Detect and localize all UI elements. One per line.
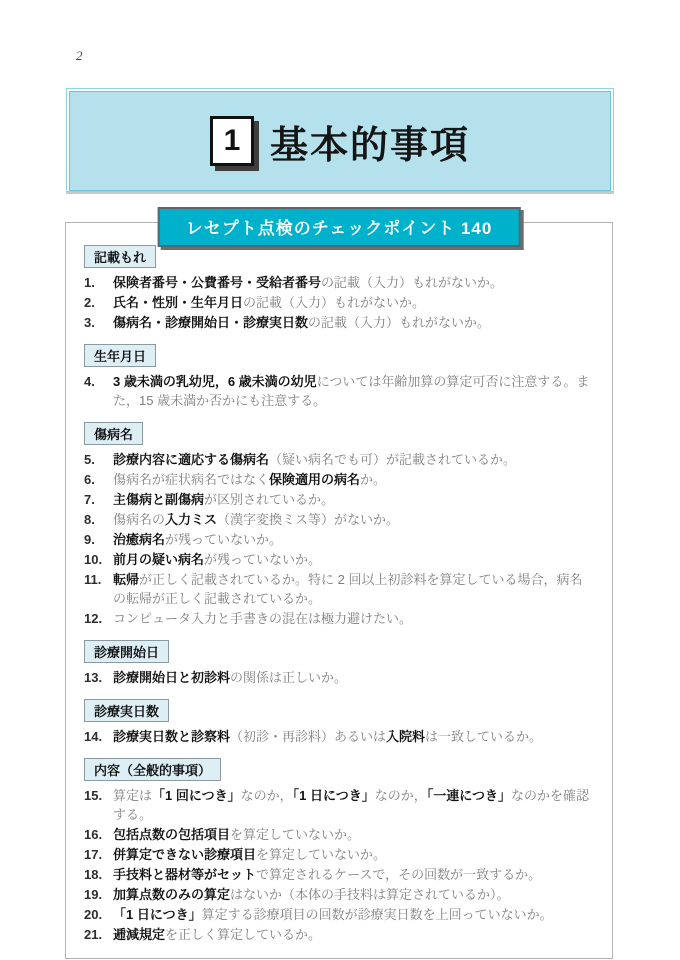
item-text: 併算定できない診療項目を算定していないか。	[113, 845, 594, 864]
item-number: 2.	[84, 293, 113, 312]
item-text: 包括点数の包括項目を算定していないか。	[113, 825, 594, 844]
item-number: 11.	[84, 570, 113, 608]
checklist-item: 1.保険者番号・公費番号・受給者番号の記載（入力）もれがないか。	[84, 273, 594, 292]
item-number: 19.	[84, 885, 113, 904]
checklist-section: 診療実日数14.診療実日数と診察料（初診・再診料）あるいは入院料は一致しているか…	[84, 699, 594, 746]
item-number: 5.	[84, 450, 113, 469]
item-number: 3.	[84, 313, 113, 332]
item-number: 10.	[84, 550, 113, 569]
item-number: 15.	[84, 786, 113, 824]
section-label: 記載もれ	[84, 245, 156, 268]
item-text: 主傷病と副傷病が区別されているか。	[113, 490, 594, 509]
item-number: 7.	[84, 490, 113, 509]
checklist-item: 20.「1 日につき」算定する診療項目の回数が診療実日数を上回っていないか。	[84, 905, 594, 924]
section-label: 傷病名	[84, 422, 143, 445]
section-label: 生年月日	[84, 344, 156, 367]
checklist-item: 13.診療開始日と初診料の関係は正しいか。	[84, 668, 594, 687]
item-text: 傷病名・診療開始日・診療実日数の記載（入力）もれがないか。	[113, 313, 594, 332]
page-number: 2	[76, 48, 83, 64]
checklist-item: 5.診療内容に適応する傷病名（疑い病名でも可）が記載されているか。	[84, 450, 594, 469]
section-label: 内容（全般的事項）	[84, 758, 221, 781]
checklist-item: 14.診療実日数と診察料（初診・再診料）あるいは入院料は一致しているか。	[84, 727, 594, 746]
item-number: 9.	[84, 530, 113, 549]
checklist-item: 18.手技料と器材等がセットで算定されるケースで，その回数が一致するか。	[84, 865, 594, 884]
item-number: 13.	[84, 668, 113, 687]
chapter-title: 基本的事項	[270, 114, 470, 169]
checklist-section: 内容（全般的事項）15.算定は「1 回につき」なのか，「1 日につき」なのか，「…	[84, 758, 594, 944]
item-text: 氏名・性別・生年月日の記載（入力）もれがないか。	[113, 293, 594, 312]
item-text: 逓減規定を正しく算定しているか。	[113, 925, 594, 944]
item-number: 20.	[84, 905, 113, 924]
section-label: 診療実日数	[84, 699, 169, 722]
item-text: 保険者番号・公費番号・受給者番号の記載（入力）もれがないか。	[113, 273, 594, 292]
item-number: 12.	[84, 609, 113, 628]
checklist-item: 19.加算点数のみの算定はないか（本体の手技料は算定されているか）。	[84, 885, 594, 904]
item-number: 14.	[84, 727, 113, 746]
checklist-section: 記載もれ1.保険者番号・公費番号・受給者番号の記載（入力）もれがないか。2.氏名…	[84, 245, 594, 332]
item-text: 算定は「1 回につき」なのか，「1 日につき」なのか，「一連につき」なのかを確認…	[113, 786, 594, 824]
item-text: 診療開始日と初診料の関係は正しいか。	[113, 668, 594, 687]
sections: 記載もれ1.保険者番号・公費番号・受給者番号の記載（入力）もれがないか。2.氏名…	[84, 245, 594, 944]
checklist-item: 10.前月の疑い病名が残っていないか。	[84, 550, 594, 569]
item-text: 手技料と器材等がセットで算定されるケースで，その回数が一致するか。	[113, 865, 594, 884]
checklist-section: 診療開始日13.診療開始日と初診料の関係は正しいか。	[84, 640, 594, 687]
item-text: 傷病名の入力ミス（漢字変換ミス等）がないか。	[113, 510, 594, 529]
checklist-item: 15.算定は「1 回につき」なのか，「1 日につき」なのか，「一連につき」なのか…	[84, 786, 594, 824]
item-number: 6.	[84, 470, 113, 489]
checklist-section: 傷病名5.診療内容に適応する傷病名（疑い病名でも可）が記載されているか。6.傷病…	[84, 422, 594, 628]
chapter-banner: 1 基本的事項	[66, 88, 614, 192]
checklist-item: 6.傷病名が症状病名ではなく保険適用の病名か。	[84, 470, 594, 489]
item-number: 18.	[84, 865, 113, 884]
checklist-item: 11.転帰が正しく記載されているか。特に 2 回以上初診料を算定している場合，病…	[84, 570, 594, 608]
item-text: 3 歳未満の乳幼児，6 歳未満の幼児については年齢加算の算定可否に注意する。また…	[113, 372, 594, 410]
checklist-item: 16.包括点数の包括項目を算定していないか。	[84, 825, 594, 844]
checklist-item: 9.治癒病名が残っていないか。	[84, 530, 594, 549]
item-number: 17.	[84, 845, 113, 864]
chapter-banner-inner: 1 基本的事項	[69, 91, 611, 191]
item-number: 1.	[84, 273, 113, 292]
item-text: 治癒病名が残っていないか。	[113, 530, 594, 549]
checklist-item: 12.コンピュータ入力と手書きの混在は極力避けたい。	[84, 609, 594, 628]
item-text: 「1 日につき」算定する診療項目の回数が診療実日数を上回っていないか。	[113, 905, 594, 924]
item-text: 診療実日数と診察料（初診・再診料）あるいは入院料は一致しているか。	[113, 727, 594, 746]
item-text: コンピュータ入力と手書きの混在は極力避けたい。	[113, 609, 594, 628]
checklist-box: レセプト点検のチェックポイント 140 記載もれ1.保険者番号・公費番号・受給者…	[65, 222, 613, 959]
section-label: 診療開始日	[84, 640, 169, 663]
checklist-item: 7.主傷病と副傷病が区別されているか。	[84, 490, 594, 509]
item-number: 21.	[84, 925, 113, 944]
checklist-section: 生年月日4.3 歳未満の乳幼児，6 歳未満の幼児については年齢加算の算定可否に注…	[84, 344, 594, 410]
item-text: 転帰が正しく記載されているか。特に 2 回以上初診料を算定している場合，病名の転…	[113, 570, 594, 608]
item-text: 加算点数のみの算定はないか（本体の手技料は算定されているか）。	[113, 885, 594, 904]
item-text: 診療内容に適応する傷病名（疑い病名でも可）が記載されているか。	[113, 450, 594, 469]
checklist-item: 21.逓減規定を正しく算定しているか。	[84, 925, 594, 944]
item-number: 8.	[84, 510, 113, 529]
item-number: 16.	[84, 825, 113, 844]
checklist-item: 3.傷病名・診療開始日・診療実日数の記載（入力）もれがないか。	[84, 313, 594, 332]
item-number: 4.	[84, 372, 113, 410]
checklist-item: 8.傷病名の入力ミス（漢字変換ミス等）がないか。	[84, 510, 594, 529]
checklist-header: レセプト点検のチェックポイント 140	[158, 207, 521, 247]
checklist-item: 17.併算定できない診療項目を算定していないか。	[84, 845, 594, 864]
checklist-item: 2.氏名・性別・生年月日の記載（入力）もれがないか。	[84, 293, 594, 312]
item-text: 前月の疑い病名が残っていないか。	[113, 550, 594, 569]
checklist-item: 4.3 歳未満の乳幼児，6 歳未満の幼児については年齢加算の算定可否に注意する。…	[84, 372, 594, 410]
chapter-number-badge: 1	[210, 116, 254, 166]
item-text: 傷病名が症状病名ではなく保険適用の病名か。	[113, 470, 594, 489]
document-page: 2 1 基本的事項 レセプト点検のチェックポイント 140 記載もれ1.保険者番…	[0, 0, 680, 960]
